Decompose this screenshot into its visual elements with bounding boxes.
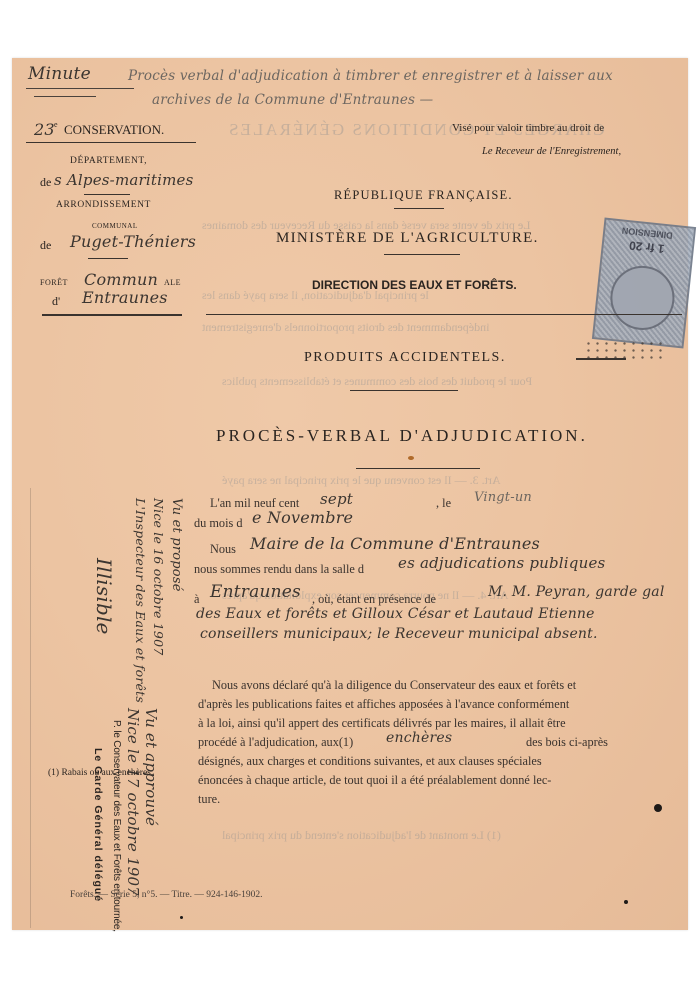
bleed-through-text: Pour le produit des bois des communes et… [222,374,532,389]
foret-value: Commun [84,270,158,289]
bleed-through-text: indépendamment des droits proportionnels… [202,320,489,335]
declaration-line: désignés, aux charges et conditions suiv… [198,752,542,771]
margin-fold-line [30,488,31,928]
divider [350,390,458,391]
salle-value: es adjudications publiques [398,554,605,572]
ink-spot [180,916,183,919]
bleed-through-text: (1) Le montant de l'adjudication s'enten… [222,828,501,843]
visa-line1: Visé pour valoir timbre au droit de [452,122,604,134]
divider [206,314,682,315]
divider [26,142,196,143]
declaration-line: procédé à l'adjudication, aux(1) [198,733,353,752]
communal-label: COMMUNAL [92,222,138,230]
products-heading: PRODUITS ACCIDENTELS. [304,350,506,366]
margin-note-date: Nice le 16 octobre 1907 [151,498,166,655]
day-label: , le [436,494,451,513]
declaration-line: énoncées à chaque article, de tout quoi … [198,771,551,790]
presence-line3: conseillers municipaux; le Receveur muni… [200,626,598,642]
fiscal-stamp: DIMENSION 1 fr 20 [592,218,696,349]
conservation-number: 23 [34,120,55,139]
underline [34,96,96,97]
document-title: PROCÈS-VERBAL D'ADJUDICATION. [216,426,588,446]
presence-line2: des Eaux et forêts et Gilloux César et L… [196,606,595,622]
declaration-line: à la loi, ainsi qu'il appert des certifi… [198,714,566,733]
year-value: sept [320,490,353,508]
minute-annotation: Minute [28,64,91,84]
conservation-suffix: e [54,120,58,129]
divider [88,258,128,259]
nous-label: Nous [210,540,236,559]
arrondissement-value: Puget-Théniers [70,232,196,251]
republic-heading: RÉPUBLIQUE FRANÇAISE. [334,188,513,203]
foret-label: FORÊT [40,278,68,287]
stamp-bar [576,358,626,360]
auction-value: enchères [386,730,452,746]
departement-prefix: de [40,175,51,190]
departement-label: DÉPARTEMENT, [70,156,147,166]
conservator-stamp: P. le Conservateur des Eaux et Forêts en… [111,720,122,932]
day-value: Vingt-un [474,490,532,505]
foret-suffix: ALE [164,278,181,287]
departement-value: s Alpes-maritimes [54,171,194,189]
divider [394,208,444,209]
header-annotation-line2: archives de la Commune d'Entraunes — [152,92,433,108]
stamp-value: 1 fr 20 [623,238,670,257]
month-label: du mois d [194,514,243,533]
header-annotation-line1: Procès verbal d'adjudication à timbrer e… [128,68,613,84]
margin-note-proposal: Vu et proposé [169,498,184,592]
margin-note-inspector: L'Inspecteur des Eaux et forêts [133,498,148,703]
direction-heading: DIRECTION DES EAUX ET FORÊTS. [312,278,517,292]
footnote: (1) Rabais ou aux enchères. [48,768,153,778]
a-value: Entraunes [210,582,301,602]
document-page: CHARGES ET CONDITIONS GÉNÉRALES Le prix … [12,58,688,930]
salle-label: nous sommes rendu dans la salle d [194,560,364,579]
declaration-line: d'après les publications faites et affic… [198,695,569,714]
stain [408,456,414,460]
arrondissement-label: ARRONDISSEMENT [56,200,151,210]
month-value: e Novembre [252,508,353,527]
arrondissement-prefix: de [40,238,51,253]
divider [356,468,480,469]
divider [84,194,130,195]
foret-value-2: Entraunes [82,288,168,307]
margin-note-approved-date: Nice le 17 octobre 1907 [124,708,142,896]
presence-value: M. M. Peyran, garde gal [488,584,665,600]
underline [26,88,134,89]
declaration-line4-tail: des bois ci-après [526,733,608,752]
conservation-label: CONSERVATION. [64,122,164,138]
visa-line2: Le Receveur de l'Enregistrement, [482,146,621,157]
ministry-heading: MINISTÈRE DE L'AGRICULTURE. [276,230,539,247]
inspector-signature: Illisible [92,558,116,635]
declaration-line: Nous avons déclaré qu'à la diligence du … [212,676,576,695]
binding-hole [654,804,662,812]
bleed-through-text: Art. 3. — Il est convenu que le prix pri… [222,473,501,488]
footer-reference: Forêts. — Série 5, n°5. — Titre. — 924-1… [70,890,262,900]
stamp-emblem-icon [607,263,677,333]
nous-value: Maire de la Commune d'Entraunes [250,534,540,553]
ink-spot [624,900,628,904]
divider [42,314,182,316]
foret-prefix: d' [52,294,60,309]
declaration-line: ture. [198,790,220,809]
divider [384,254,460,255]
